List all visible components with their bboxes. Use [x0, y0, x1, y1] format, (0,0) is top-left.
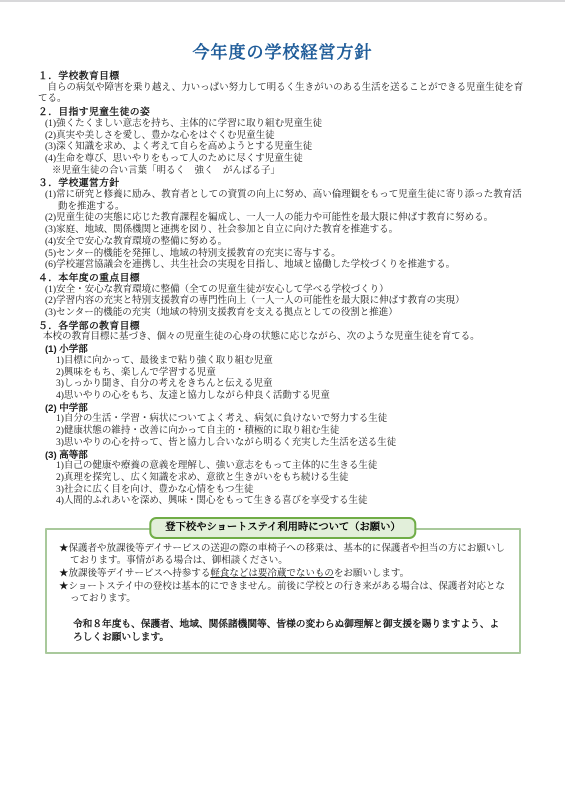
list-item: (3)深く知識を求め、よく考えて自らを高めようとする児童生徒 [45, 142, 529, 154]
list-item: (4)生命を尊び、思いやりをもって人のために尽くす児童生徒 [45, 154, 529, 166]
section-5-intro: 本校の教育目標に基づき、個々の児童生徒の心身の状態に応じながら、次のような児童生… [43, 332, 529, 344]
section-3-heading: ３．学校運営方針 [38, 178, 529, 190]
list-item: 3)しっかり聞き、自分の考えをきちんと伝える児童 [56, 379, 529, 391]
list-item: (2)児童生徒の実態に応じた教育課程を編成し、一人一人の能力や可能性を最大限に伸… [45, 213, 529, 225]
list-item: (5)センター的機能を発揮し、地域の特別支援教育の充実に寄与する。 [45, 249, 529, 261]
junior-high-dept-heading: (2) 中学部 [45, 403, 529, 415]
list-item: 4)人間的ふれあいを深め、興味・関心をもって生きる喜びを享受する生徒 [56, 496, 529, 508]
section-1-heading: １．学校教育目標 [38, 71, 529, 83]
notice-item: ★放課後等デイサービスへ持参する軽食などは要冷蔵でないものをお願いします。 [59, 568, 507, 580]
list-item: (6)学校運営協議会を連携し、共生社会の実現を目指し、地域と協働した学校づくりを… [45, 260, 529, 272]
motto-note: ※児童生徒の合い言葉「明るく 強く がんばる子」 [52, 166, 529, 178]
notice-item-text: ★放課後等デイサービスへ持参する [59, 569, 210, 579]
list-item: 2)真理を探究し、広く知識を求め、意欲と生きがいをもち続ける生徒 [56, 473, 529, 485]
section-1-body: 自らの病気や障害を乗り越え、力いっぱい努力して明るく生きがいのある生活を送ること… [38, 83, 529, 106]
list-item: (2)学習内容の充実と特別支援教育の専門性向上（一人一人の可能性を最大限に伸ばす… [45, 296, 529, 308]
closing-note: 令和８年度も、保護者、地域、関係諸機関等、皆様の変わらぬ御理解と御支援を賜ります… [73, 619, 507, 644]
notice-item: ★ショートステイ中の登校は基本的にできません。前後に学校との行き来がある場合は、… [59, 581, 507, 605]
list-item: (2)真実や美しさを愛し、豊かな心をはぐくむ児童生徒 [45, 131, 529, 143]
notice-item: ★保護者や放課後等デイサービスの送迎の際の車椅子への移乗は、基本的に保護者や担当… [59, 543, 507, 567]
list-item: (3)センター的機能の充実（地域の特別支援教育を支える拠点としての役割と推進） [45, 308, 529, 320]
list-item: 3)思いやりの心を持って、皆と協力し合いながら明るく充実した生活を送る生徒 [56, 438, 529, 450]
list-item: (3)家庭、地域、関係機関と連携を図り、社会参加と自立に向けた教育を推進する。 [45, 225, 529, 237]
list-item: 2)健康状態の維持・改善に向かって自主的・積極的に取り組む生徒 [56, 426, 529, 438]
section-2-heading: ２．目指す児童生徒の姿 [38, 107, 529, 119]
document-page: 今年度の学校経営方針 １．学校教育目標 自らの病気や障害を乗り越え、力いっぱい努… [0, 0, 565, 798]
notice-item-text: をお願いします。 [334, 569, 409, 579]
elementary-dept-heading: (1) 小学部 [45, 344, 529, 356]
list-item: (1)常に研究と修養に励み、教育者としての資質の向上に努め、高い倫理観をもって児… [45, 190, 529, 213]
list-item: (1)安全・安心な教育環境に整備（全ての児童生徒が安心して学べる学校づくり） [45, 285, 529, 297]
list-item: (4)安全で安心な教育環境の整備に努める。 [45, 237, 529, 249]
list-item: 4)思いやりの心をもち、友達と協力しながら仲良く活動する児童 [56, 391, 529, 403]
section-5-heading: ５．各学部の教育目標 [38, 321, 529, 333]
page-top-edge [0, 0, 565, 2]
page-title: 今年度の学校経営方針 [0, 38, 565, 63]
list-item: 1)自分の生活・学習・病状についてよく考え、病気に負けないで努力する生徒 [56, 414, 529, 426]
list-item: 1)自己の健康や療養の意義を理解し、強い意志をもって主体的に生きる生徒 [56, 461, 529, 473]
underlined-text: 軽食などは要冷蔵でないもの [210, 569, 334, 579]
section-4-heading: ４．本年度の重点目標 [38, 273, 529, 285]
list-item: (1)強くたくましい意志を持ち、主体的に学習に取り組む児童生徒 [45, 119, 529, 131]
high-school-dept-heading: (3) 高等部 [45, 450, 529, 462]
list-item: 3)社会に広く目を向け、豊かな心情をもつ生徒 [56, 485, 529, 497]
list-item: 1)目標に向かって、最後まで粘り強く取り組む児童 [56, 356, 529, 368]
notice-box: 登下校やショートステイ利用時について（お願い） ★保護者や放課後等デイサービスの… [45, 528, 521, 654]
document-body: １．学校教育目標 自らの病気や障害を乗り越え、力いっぱい努力して明るく生きがいの… [0, 71, 565, 654]
list-item: 2)興味をもち、楽しんで学習する児童 [56, 368, 529, 380]
notice-title-badge: 登下校やショートステイ利用時について（お願い） [149, 517, 416, 539]
